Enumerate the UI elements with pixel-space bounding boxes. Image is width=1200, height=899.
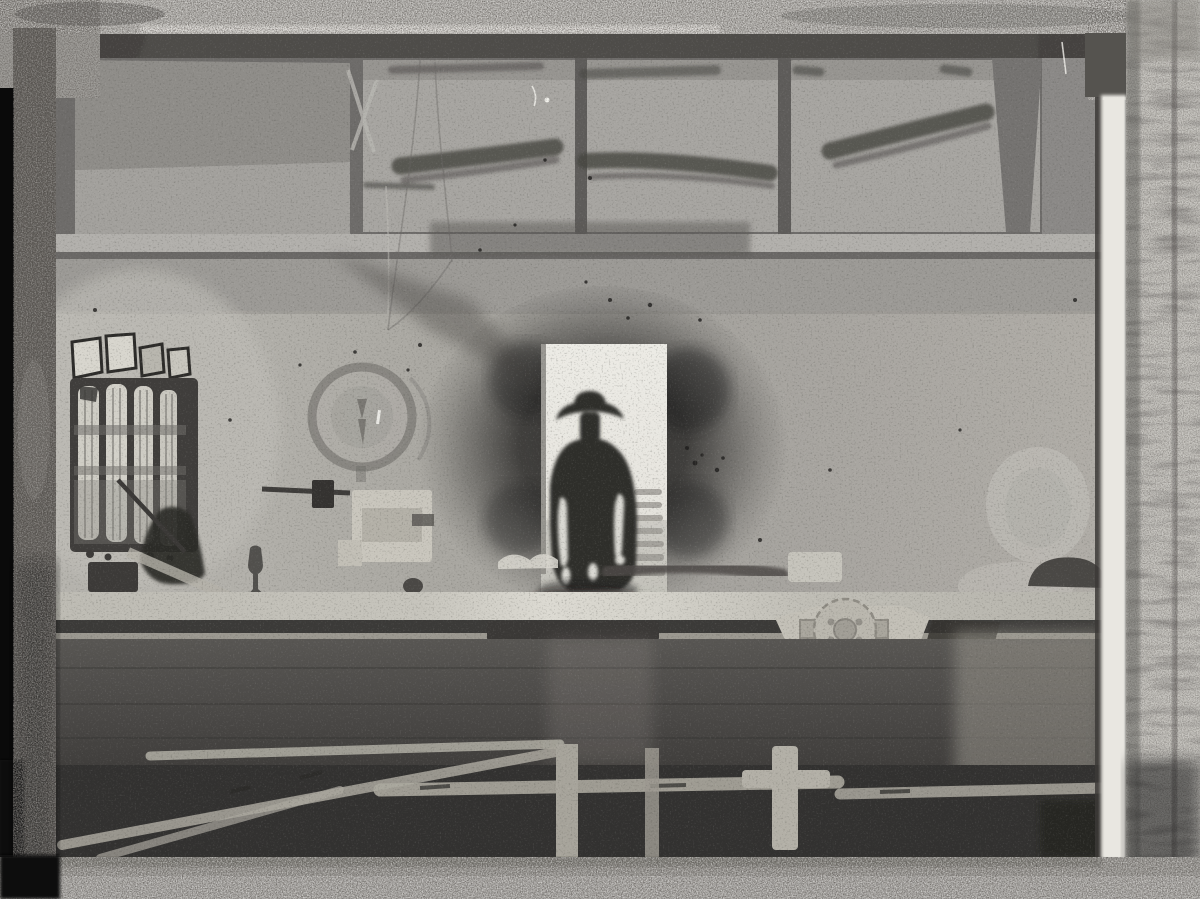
border-left bbox=[0, 28, 56, 899]
photo-area bbox=[0, 33, 1106, 858]
photograph: A monochrome instant-film photograph tak… bbox=[0, 0, 1200, 899]
border-right bbox=[1085, 0, 1200, 899]
film-edge-strip bbox=[1101, 95, 1127, 860]
border-bottom bbox=[0, 855, 1200, 899]
photo-scene bbox=[0, 0, 1200, 899]
grain-light-overlay bbox=[56, 33, 1102, 857]
